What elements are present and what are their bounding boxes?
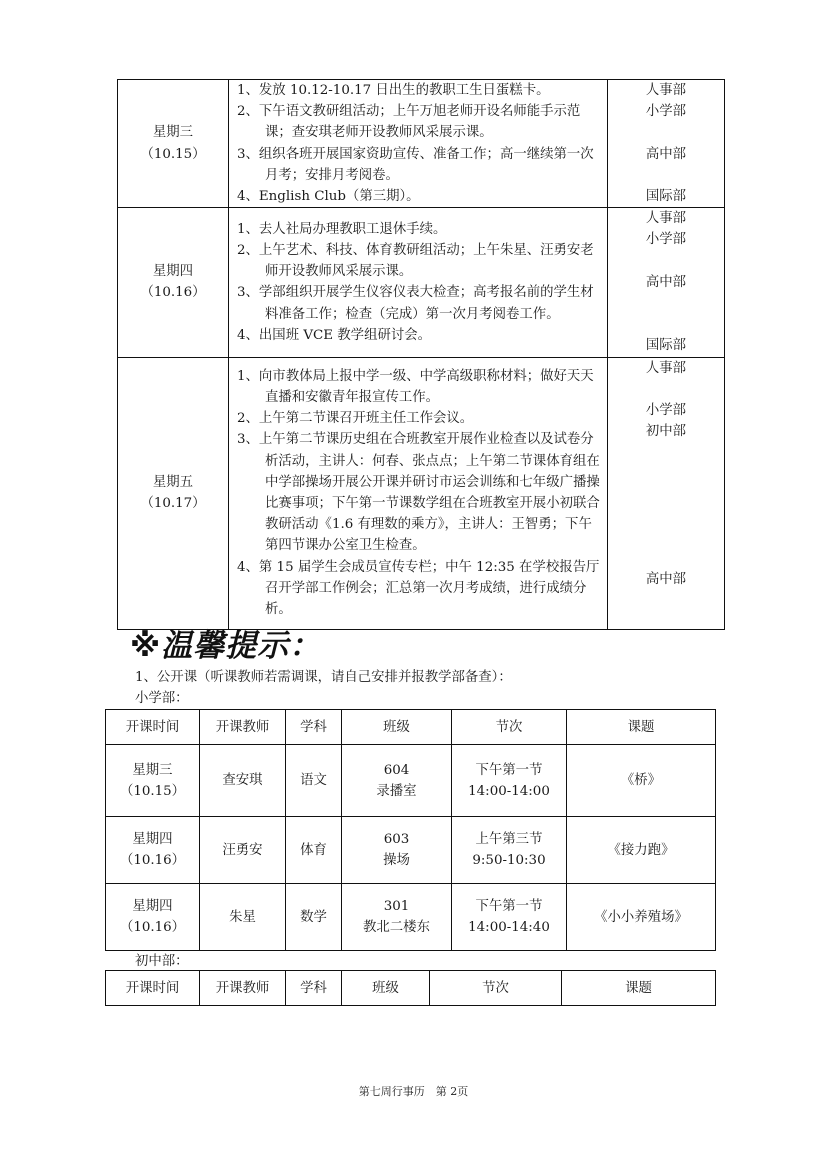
dept-label bbox=[608, 527, 724, 548]
header-subject: 学科 bbox=[286, 971, 342, 1006]
lesson-date: （10.15） bbox=[106, 781, 199, 802]
class-room: 教北二楼东 bbox=[342, 917, 451, 938]
lesson-day: 星期四 bbox=[106, 896, 199, 917]
schedule-item: 2、下午语文教研组活动；上午万旭老师开设名师能手示范课；查安琪老师开设教师风采展… bbox=[237, 101, 603, 143]
day-name: 星期四 bbox=[118, 261, 228, 282]
dept-label: 高中部 bbox=[608, 144, 724, 165]
lesson-subject: 数学 bbox=[286, 884, 342, 951]
schedule-row-wednesday: 星期三 （10.15） 1、发放 10.12-10.17 日出生的教职工生日蛋糕… bbox=[118, 80, 725, 208]
schedule-item: 1、向市教体局上报中学一级、中学高级职称材料；做好天天直播和安徽青年报宣传工作。 bbox=[237, 366, 603, 408]
period-name: 下午第一节 bbox=[452, 760, 566, 781]
day-cell: 星期三 （10.15） bbox=[118, 80, 229, 208]
lesson-time: 星期四（10.16） bbox=[106, 884, 200, 951]
header-class: 班级 bbox=[342, 971, 430, 1006]
dept-label: 人事部 bbox=[608, 208, 724, 229]
dept-label: 初中部 bbox=[608, 421, 724, 442]
lesson-topic: 《接力跑》 bbox=[567, 817, 716, 884]
header-topic: 课题 bbox=[567, 710, 716, 745]
lesson-date: （10.16） bbox=[106, 917, 199, 938]
lesson-topic: 《桥》 bbox=[567, 745, 716, 817]
table-header-row: 开课时间 开课教师 学科 班级 节次 课题 bbox=[106, 710, 716, 745]
page-footer: 第七周行事历 第 2页 bbox=[0, 1083, 827, 1099]
schedule-item: 2、上午艺术、科技、体育教研组活动；上午朱星、汪勇安老师开设教师风采展示课。 bbox=[237, 240, 603, 282]
day-date: （10.16） bbox=[118, 282, 228, 303]
dept-cell: 人事部 小学部 初中部 高中部 bbox=[608, 357, 725, 629]
dept-label: 高中部 bbox=[608, 569, 724, 590]
dept-label: 小学部 bbox=[608, 101, 724, 122]
dept-label bbox=[608, 548, 724, 569]
dept-label: 人事部 bbox=[608, 80, 724, 101]
period-time: 9:50-10:30 bbox=[452, 850, 566, 871]
day-cell: 星期四 （10.16） bbox=[118, 208, 229, 357]
schedule-item: 4、出国班 VCE 教学组研讨会。 bbox=[237, 325, 603, 346]
header-teacher: 开课教师 bbox=[200, 710, 286, 745]
period-time: 14:00-14:40 bbox=[452, 917, 566, 938]
dept-label: 小学部 bbox=[608, 229, 724, 250]
schedule-item: 3、上午第二节课历史组在合班教室开展作业检查以及试卷分析活动，主讲人：何春、张点… bbox=[237, 429, 603, 556]
schedule-item: 3、组织各班开展国家资助宣传、准备工作；高一继续第一次月考；安排月考阅卷。 bbox=[237, 144, 603, 186]
dept-label bbox=[608, 485, 724, 506]
dept-label bbox=[608, 442, 724, 463]
lesson-period: 下午第一节14:00-14:40 bbox=[452, 884, 567, 951]
lesson-teacher: 朱星 bbox=[200, 884, 286, 951]
items-cell: 1、向市教体局上报中学一级、中学高级职称材料；做好天天直播和安徽青年报宣传工作。… bbox=[229, 357, 608, 629]
header-period: 节次 bbox=[452, 710, 567, 745]
period-name: 下午第一节 bbox=[452, 896, 566, 917]
lesson-time: 星期三（10.15） bbox=[106, 745, 200, 817]
dept-label: 人事部 bbox=[608, 358, 724, 379]
lesson-topic: 《小小养殖场》 bbox=[567, 884, 716, 951]
open-class-note: 1、公开课（听课教师若需调课，请自己安排并报教学部备查）： bbox=[135, 666, 512, 685]
lesson-teacher: 查安琪 bbox=[200, 745, 286, 817]
class-room: 录播室 bbox=[342, 781, 451, 802]
lesson-period: 下午第一节14:00-14:00 bbox=[452, 745, 567, 817]
dept-cell: 人事部 小学部 高中部 国际部 bbox=[608, 208, 725, 357]
day-date: （10.15） bbox=[118, 144, 228, 165]
schedule-item: 2、上午第二节课召开班主任工作会议。 bbox=[237, 408, 603, 429]
primary-open-class-table: 开课时间 开课教师 学科 班级 节次 课题 星期三（10.15） 查安琪 语文 … bbox=[105, 709, 716, 951]
lesson-teacher: 汪勇安 bbox=[200, 817, 286, 884]
dept-label bbox=[608, 379, 724, 400]
table-header-row: 开课时间 开课教师 学科 班级 节次 课题 bbox=[106, 971, 716, 1006]
schedule-row-thursday: 星期四 （10.16） 1、去人社局办理教职工退休手续。 2、上午艺术、科技、体… bbox=[118, 208, 725, 357]
tips-heading: ※温馨提示： bbox=[130, 620, 321, 665]
table-row: 星期四（10.16） 朱星 数学 301教北二楼东 下午第一节14:00-14:… bbox=[106, 884, 716, 951]
lesson-class: 301教北二楼东 bbox=[342, 884, 452, 951]
day-date: （10.17） bbox=[118, 493, 228, 514]
dept-cell: 人事部 小学部 高中部 国际部 bbox=[608, 80, 725, 208]
junior-section-label: 初中部： bbox=[135, 950, 189, 969]
class-number: 603 bbox=[342, 829, 451, 850]
lesson-subject: 语文 bbox=[286, 745, 342, 817]
header-time: 开课时间 bbox=[106, 971, 200, 1006]
items-cell: 1、去人社局办理教职工退休手续。 2、上午艺术、科技、体育教研组活动；上午朱星、… bbox=[229, 208, 608, 357]
dept-label bbox=[608, 506, 724, 527]
class-room: 操场 bbox=[342, 850, 451, 871]
lesson-time: 星期四（10.16） bbox=[106, 817, 200, 884]
header-time: 开课时间 bbox=[106, 710, 200, 745]
table-row: 星期三（10.15） 查安琪 语文 604录播室 下午第一节14:00-14:0… bbox=[106, 745, 716, 817]
header-period: 节次 bbox=[430, 971, 562, 1006]
schedule-item: 4、English Club（第三期）。 bbox=[237, 186, 603, 207]
items-cell: 1、发放 10.12-10.17 日出生的教职工生日蛋糕卡。 2、下午语文教研组… bbox=[229, 80, 608, 208]
period-name: 上午第三节 bbox=[452, 829, 566, 850]
dept-label bbox=[608, 314, 724, 335]
table-row: 星期四（10.16） 汪勇安 体育 603操场 上午第三节9:50-10:30 … bbox=[106, 817, 716, 884]
dept-label bbox=[608, 251, 724, 272]
dept-label: 国际部 bbox=[608, 186, 724, 207]
lesson-class: 604录播室 bbox=[342, 745, 452, 817]
junior-open-class-table: 开课时间 开课教师 学科 班级 节次 课题 bbox=[105, 970, 716, 1006]
schedule-item: 3、学部组织开展学生仪容仪表大检查；高考报名前的学生材料准备工作；检查（完成）第… bbox=[237, 282, 603, 324]
schedule-item: 4、第 15 届学生会成员宣传专栏；中午 12:35 在学校报告厅召开学部工作例… bbox=[237, 557, 603, 621]
period-time: 14:00-14:00 bbox=[452, 781, 566, 802]
dept-label bbox=[608, 293, 724, 314]
weekly-schedule-table: 星期三 （10.15） 1、发放 10.12-10.17 日出生的教职工生日蛋糕… bbox=[117, 79, 725, 630]
schedule-item: 1、发放 10.12-10.17 日出生的教职工生日蛋糕卡。 bbox=[237, 80, 603, 101]
class-number: 301 bbox=[342, 896, 451, 917]
day-name: 星期三 bbox=[118, 122, 228, 143]
dept-label: 小学部 bbox=[608, 400, 724, 421]
dept-label bbox=[608, 165, 724, 186]
header-subject: 学科 bbox=[286, 710, 342, 745]
day-cell: 星期五 （10.17） bbox=[118, 357, 229, 629]
dept-label: 国际部 bbox=[608, 335, 724, 356]
class-number: 604 bbox=[342, 760, 451, 781]
dept-label bbox=[608, 122, 724, 143]
schedule-item: 1、去人社局办理教职工退休手续。 bbox=[237, 219, 603, 240]
lesson-date: （10.16） bbox=[106, 850, 199, 871]
lesson-subject: 体育 bbox=[286, 817, 342, 884]
header-teacher: 开课教师 bbox=[200, 971, 286, 1006]
day-name: 星期五 bbox=[118, 472, 228, 493]
header-class: 班级 bbox=[342, 710, 452, 745]
lesson-class: 603操场 bbox=[342, 817, 452, 884]
dept-label: 高中部 bbox=[608, 272, 724, 293]
dept-label bbox=[608, 463, 724, 484]
schedule-row-friday: 星期五 （10.17） 1、向市教体局上报中学一级、中学高级职称材料；做好天天直… bbox=[118, 357, 725, 629]
lesson-day: 星期四 bbox=[106, 829, 199, 850]
header-topic: 课题 bbox=[562, 971, 716, 1006]
lesson-day: 星期三 bbox=[106, 760, 199, 781]
lesson-period: 上午第三节9:50-10:30 bbox=[452, 817, 567, 884]
primary-section-label: 小学部： bbox=[135, 687, 189, 706]
